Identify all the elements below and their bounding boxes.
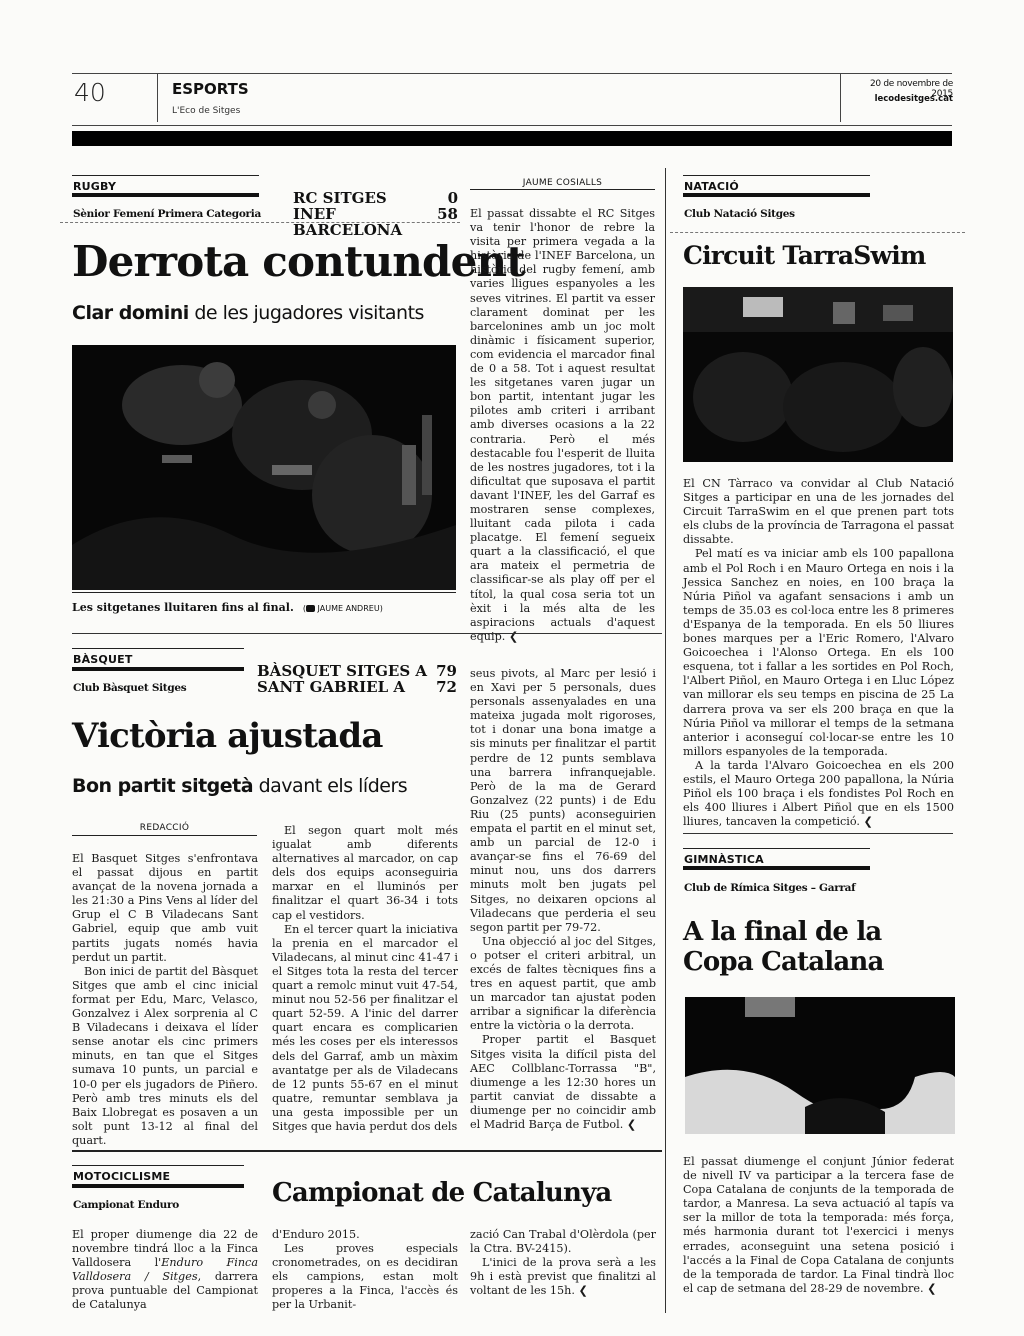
basquet-section-label: BÀSQUET bbox=[73, 653, 133, 666]
photo-credit: ( JAUME ANDREU) bbox=[303, 604, 383, 613]
score-row: RC SITGES 0 bbox=[293, 190, 458, 206]
natacio-dashed-rule bbox=[670, 232, 965, 233]
publication-name: L'Eco de Sitges bbox=[172, 106, 240, 116]
end-of-article-icon: ❮ bbox=[578, 1284, 587, 1297]
paragraph: d'Enduro 2015. bbox=[272, 1228, 458, 1242]
basquet-rule-thick bbox=[72, 667, 244, 671]
basquet-col1: El Basquet Sitges s'enfrontava el passat… bbox=[72, 852, 258, 1148]
moto-section-label: MOTOCICLISME bbox=[73, 1170, 170, 1183]
team-points: 0 bbox=[448, 190, 458, 206]
moto-col3: zació Can Trabal d'Olèrdola (per la Ctra… bbox=[470, 1228, 656, 1298]
rugby-caption-rule bbox=[72, 592, 456, 593]
subhead-rest: de les jugadores visitants bbox=[189, 302, 424, 324]
moto-col2: d'Enduro 2015. Les proves especials cron… bbox=[272, 1228, 458, 1313]
paragraph-text: A la tarda l'Alvaro Goicoechea en els 20… bbox=[683, 759, 954, 828]
rugby-scoreboard: RC SITGES 0 INEF BARCELONA 58 bbox=[293, 190, 458, 238]
gimnastica-article-body: El passat diumenge el conjunt Júnior fed… bbox=[683, 1155, 954, 1296]
header-top-rule bbox=[72, 73, 952, 74]
team-name: INEF BARCELONA bbox=[293, 206, 437, 238]
paragraph: Les proves especials cronometrades, on e… bbox=[272, 1242, 458, 1312]
paragraph: En el tercer quart la iniciativa la pren… bbox=[272, 923, 458, 1134]
basquet-subhead: Bon partit sitgetà davant els líders bbox=[72, 775, 407, 797]
rugby-byline-rule bbox=[470, 189, 655, 190]
gimnastica-club: Club de Rímica Sitges – Garraf bbox=[684, 882, 855, 894]
basquet-headline: Victòria ajustada bbox=[72, 714, 383, 758]
natacio-rule-thick bbox=[683, 193, 870, 197]
basquet-rule-top bbox=[72, 648, 244, 649]
caption-text: Les sitgetanes lluitaren fins al final. bbox=[72, 601, 294, 614]
subhead-rest: davant els líders bbox=[253, 775, 407, 797]
paragraph-text: El passat dissabte el RC Sitges va tenir… bbox=[470, 207, 655, 643]
moto-rule-thick bbox=[72, 1184, 244, 1188]
subhead-bold: Bon partit sitgetà bbox=[72, 775, 253, 797]
natacio-headline: Circuit TarraSwim bbox=[683, 240, 926, 272]
natacio-photo bbox=[683, 287, 953, 462]
paragraph: Pel matí es va iniciar amb els 100 papal… bbox=[683, 547, 954, 758]
paragraph: El Basquet Sitges s'enfrontava el passat… bbox=[72, 852, 258, 965]
rugby-photo-image bbox=[72, 345, 456, 590]
end-of-article-icon: ❮ bbox=[927, 1282, 936, 1295]
paragraph-text: Proper partit el Basquet Sitges visita l… bbox=[470, 1033, 656, 1131]
score-row: INEF BARCELONA 58 bbox=[293, 206, 458, 238]
team-points: 58 bbox=[437, 206, 458, 238]
paragraph: El passat dissabte el RC Sitges va tenir… bbox=[470, 207, 655, 644]
paragraph-text: L'inici de la prova serà a les 9h i està… bbox=[470, 1256, 656, 1297]
paragraph-text: El passat diumenge el conjunt Júnior fed… bbox=[683, 1155, 954, 1295]
section-separator-natacio-gimnastica bbox=[683, 833, 953, 834]
rugby-photo bbox=[72, 345, 456, 590]
paragraph: zació Can Trabal d'Olèrdola (per la Ctra… bbox=[470, 1228, 656, 1256]
team-name: SANT GABRIEL A bbox=[257, 679, 405, 695]
natacio-club: Club Natació Sitges bbox=[684, 208, 795, 220]
paragraph: Una objecció al joc del Sitges, o potser… bbox=[470, 935, 656, 1034]
rugby-byline: JAUME COSIALLS bbox=[470, 178, 655, 188]
header-bottom-rule bbox=[72, 125, 952, 126]
gimnastica-photo bbox=[685, 997, 955, 1134]
rugby-subhead: Clar domini de les jugadores visitants bbox=[72, 302, 424, 324]
basquet-club: Club Bàsquet Sitges bbox=[73, 682, 186, 694]
gimnastica-section-label: GIMNÀSTICA bbox=[684, 853, 764, 866]
natacio-photo-image bbox=[683, 287, 953, 462]
team-name: BÀSQUET SITGES A bbox=[257, 663, 427, 679]
paragraph: Proper partit el Basquet Sitges visita l… bbox=[470, 1033, 656, 1132]
rugby-rule-top bbox=[72, 175, 259, 176]
paragraph: seus pivots, al Marc per lesió i en Xavi… bbox=[470, 667, 656, 935]
paragraph: El proper diumenge dia 22 de novembre ti… bbox=[72, 1228, 258, 1313]
rugby-article-body: El passat dissabte el RC Sitges va tenir… bbox=[470, 207, 655, 644]
photo-credit-name: JAUME ANDREU bbox=[318, 604, 380, 613]
section-separator-basquet-moto bbox=[72, 1150, 662, 1152]
moto-club: Campionat Enduro bbox=[73, 1199, 179, 1211]
camera-icon bbox=[306, 605, 315, 612]
header-divider-left bbox=[157, 74, 158, 122]
natacio-article-body: El CN Tàrraco va convidar al Club Nataci… bbox=[683, 477, 954, 829]
subhead-bold: Clar domini bbox=[72, 302, 189, 324]
gimnastica-rule-top bbox=[683, 848, 870, 849]
moto-col1: El proper diumenge dia 22 de novembre ti… bbox=[72, 1228, 258, 1313]
end-of-article-icon: ❮ bbox=[509, 630, 518, 643]
section-title: ESPORTS bbox=[172, 80, 249, 98]
team-name: RC SITGES bbox=[293, 190, 387, 206]
rugby-photo-caption: Les sitgetanes lluitaren fins al final. … bbox=[72, 596, 383, 615]
moto-rule-top bbox=[72, 1165, 244, 1166]
paragraph: El passat diumenge el conjunt Júnior fed… bbox=[683, 1155, 954, 1296]
score-row: BÀSQUET SITGES A 79 bbox=[257, 663, 457, 679]
end-of-article-icon: ❮ bbox=[864, 815, 873, 828]
basquet-scoreboard: BÀSQUET SITGES A 79 SANT GABRIEL A 72 bbox=[257, 663, 457, 695]
rugby-headline: Derrota contundent bbox=[72, 236, 525, 288]
header-divider-right bbox=[840, 74, 841, 122]
paragraph: A la tarda l'Alvaro Goicoechea en els 20… bbox=[683, 759, 954, 829]
basquet-byline: REDACCIÓ bbox=[72, 823, 257, 833]
end-of-article-icon: ❮ bbox=[627, 1118, 636, 1131]
rugby-category: Sènior Femení Primera Categoria bbox=[73, 208, 261, 220]
basquet-col2: El segon quart molt més igualat amb dife… bbox=[272, 824, 458, 1134]
natacio-rule-top bbox=[683, 175, 870, 176]
score-row: SANT GABRIEL A 72 bbox=[257, 679, 457, 695]
paragraph: Bon inici de partit del Bàsquet Sitges q… bbox=[72, 965, 258, 1148]
paragraph: El segon quart molt més igualat amb dife… bbox=[272, 824, 458, 923]
gimnastica-rule-thick bbox=[683, 866, 870, 870]
team-points: 79 bbox=[436, 663, 457, 679]
column-rule-right bbox=[665, 168, 666, 1313]
basquet-col3: seus pivots, al Marc per lesió i en Xavi… bbox=[470, 667, 656, 1132]
moto-headline: Campionat de Catalunya bbox=[272, 1176, 611, 1210]
gimnastica-headline: A la final de la Copa Catalana bbox=[683, 917, 953, 977]
natacio-section-label: NATACIÓ bbox=[684, 180, 739, 193]
paragraph: L'inici de la prova serà a les 9h i està… bbox=[470, 1256, 656, 1298]
website[interactable]: lecodesitges.cat bbox=[846, 94, 953, 104]
section-separator-rugby-basquet bbox=[72, 633, 662, 634]
team-points: 72 bbox=[436, 679, 457, 695]
header-black-bar bbox=[72, 131, 952, 146]
page-number: 40 bbox=[74, 78, 106, 107]
rugby-section-label: RUGBY bbox=[73, 180, 116, 193]
paragraph: El CN Tàrraco va convidar al Club Nataci… bbox=[683, 477, 954, 547]
rugby-rule-thick bbox=[72, 193, 259, 197]
gimnastica-photo-image bbox=[685, 997, 955, 1134]
basquet-byline-rule bbox=[72, 835, 257, 836]
